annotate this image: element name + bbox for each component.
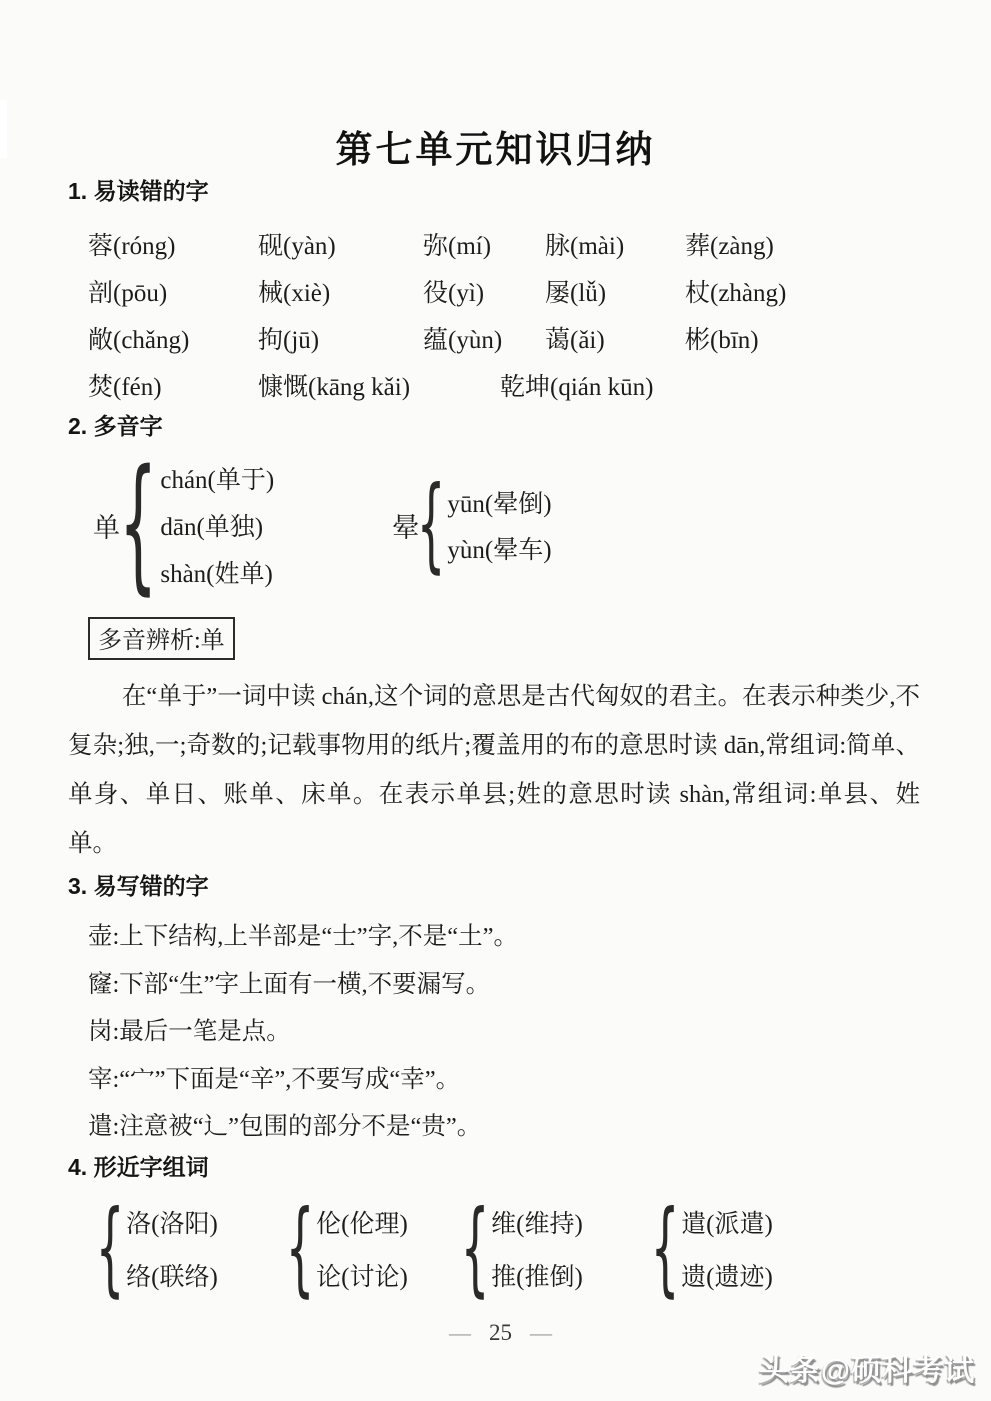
page-footer: —25— [68, 1320, 933, 1346]
page-title: 第七单元知识归纳 [0, 0, 991, 173]
polyphonic-group-dan: 单 { chán(单于) dān(单独) shàn(姓单) [93, 455, 274, 596]
pair-item: 络(联络) [126, 1249, 218, 1302]
char-item: 屡(lǚ) [545, 273, 685, 309]
document-page: 第七单元知识归纳 1. 易读错的字 蓉(róng) 砚(yàn) 弥(mí) 脉… [0, 0, 991, 1401]
left-brace-glyph: { [119, 452, 157, 598]
char-item: 弥(mí) [423, 226, 545, 262]
char-item: 蓉(róng) [88, 226, 258, 262]
polyphonic-entry: yūn(晕倒) [447, 479, 551, 525]
left-brace-glyph: { [286, 1197, 315, 1300]
polyphonic-entry: shàn(姓单) [160, 549, 274, 596]
section-2-heading: 2. 多音字 [68, 408, 933, 441]
polyphonic-entry: yùn(晕车) [447, 525, 551, 571]
scan-edge-artifact [0, 100, 7, 158]
pair-entries: 伦(伦理) 论(讨论) [316, 1196, 408, 1302]
section-miswritten-characters: 3. 易写错的字 壶:上下结构,上半部是“士”字,不是“土”。 窿:下部“生”字… [68, 868, 933, 1149]
pair-item: 维(维持) [491, 1196, 583, 1249]
char-item: 蕴(yùn) [423, 320, 545, 356]
char-item: 械(xiè) [258, 273, 423, 309]
note-line: 窿:下部“生”字上面有一横,不要漏写。 [88, 959, 933, 1007]
page-content: 1. 易读错的字 蓉(róng) 砚(yàn) 弥(mí) 脉(mài) 葬(z… [0, 173, 991, 1346]
section-similar-characters: 4. 形近字组词 { 洛(洛阳) 络(联络) { 伦(伦理) 论(讨论) [68, 1149, 933, 1304]
polyphonic-entry: dān(单独) [160, 502, 274, 549]
char-item: 蔼(ǎi) [545, 320, 685, 356]
section-polyphonic-characters: 2. 多音字 单 { chán(单于) dān(单独) shàn(姓单) 晕 {… [68, 408, 933, 868]
left-brace-glyph: { [651, 1197, 680, 1300]
char-row: 蓉(róng) 砚(yàn) 弥(mí) 脉(mài) 葬(zàng) [88, 220, 933, 267]
pair-item: 遣(派遣) [681, 1196, 773, 1249]
similar-char-group: { 伦(伦理) 论(讨论) [288, 1196, 463, 1302]
char-item: 慷慨(kāng kǎi) [258, 367, 500, 403]
char-row: 焚(fén) 慷慨(kāng kǎi) 乾坤(qián kūn) [88, 361, 933, 408]
similar-char-group: { 维(维持) 推(推倒) [463, 1196, 653, 1302]
char-row: 敞(chǎng) 拘(jū) 蕴(yùn) 蔼(ǎi) 彬(bīn) [88, 314, 933, 361]
char-item: 役(yì) [423, 273, 545, 309]
section-4-heading: 4. 形近字组词 [68, 1149, 933, 1182]
analysis-paragraph: 在“单于”一词中读 chán,这个词的意思是古代匈奴的君主。在表示种类少,不复杂… [68, 672, 920, 868]
watermark: 头条@硕科考试 [759, 1345, 975, 1389]
pair-item: 洛(洛阳) [126, 1196, 218, 1249]
analysis-label-box: 多音辨析:单 [88, 617, 235, 660]
footer-dash: — [449, 1320, 471, 1345]
page-number: 25 [489, 1320, 512, 1345]
misread-char-list: 蓉(róng) 砚(yàn) 弥(mí) 脉(mài) 葬(zàng) 剖(pō… [88, 220, 933, 408]
char-item: 敞(chǎng) [88, 320, 258, 356]
similar-char-group: { 洛(洛阳) 络(联络) [98, 1196, 288, 1302]
char-item: 脉(mài) [545, 226, 685, 262]
section-3-heading: 3. 易写错的字 [68, 868, 933, 901]
polyphonic-headchar: 晕 [392, 506, 419, 545]
note-line: 岗:最后一笔是点。 [88, 1006, 933, 1054]
pair-entries: 遣(派遣) 遗(遗迹) [681, 1196, 773, 1302]
pair-entries: 维(维持) 推(推倒) [491, 1196, 583, 1302]
footer-dash: — [530, 1320, 552, 1345]
similar-char-group: { 遣(派遣) 遗(遗迹) [653, 1196, 773, 1302]
pair-entries: 洛(洛阳) 络(联络) [126, 1196, 218, 1302]
polyphonic-entry: chán(单于) [160, 455, 274, 502]
polyphonic-entries: chán(单于) dān(单独) shàn(姓单) [160, 455, 274, 596]
char-item: 彬(bīn) [685, 320, 759, 356]
pair-item: 论(讨论) [316, 1249, 408, 1302]
char-item: 拘(jū) [258, 320, 423, 356]
char-item: 剖(pōu) [88, 273, 258, 309]
pair-item: 推(推倒) [491, 1249, 583, 1302]
char-row: 剖(pōu) 械(xiè) 役(yì) 屡(lǚ) 杖(zhàng) [88, 267, 933, 314]
polyphonic-group-yun: 晕 { yūn(晕倒) yùn(晕车) [392, 479, 551, 571]
polyphonic-headchar: 单 [93, 506, 120, 545]
char-item: 杖(zhàng) [685, 273, 786, 309]
char-item: 焚(fén) [88, 367, 258, 403]
similar-char-groups: { 洛(洛阳) 络(联络) { 伦(伦理) 论(讨论) { [98, 1194, 933, 1304]
left-brace-glyph: { [461, 1197, 490, 1300]
polyphonic-groups: 单 { chán(单于) dān(单独) shàn(姓单) 晕 { yūn(晕倒… [93, 449, 933, 601]
note-line: 宰:“宀”下面是“辛”,不要写成“幸”。 [88, 1054, 933, 1102]
char-item: 葬(zàng) [685, 226, 774, 262]
note-line: 遣:注意被“辶”包围的部分不是“贵”。 [88, 1101, 933, 1149]
pair-item: 遗(遗迹) [681, 1249, 773, 1302]
polyphonic-entries: yūn(晕倒) yùn(晕车) [447, 479, 551, 571]
pair-item: 伦(伦理) [316, 1196, 408, 1249]
left-brace-glyph: { [96, 1197, 125, 1300]
char-item: 砚(yàn) [258, 226, 423, 262]
note-line: 壶:上下结构,上半部是“士”字,不是“土”。 [88, 911, 933, 959]
miswritten-notes: 壶:上下结构,上半部是“士”字,不是“土”。 窿:下部“生”字上面有一横,不要漏… [88, 911, 933, 1149]
char-item: 乾坤(qián kūn) [500, 367, 653, 403]
section-misread-characters: 1. 易读错的字 蓉(róng) 砚(yàn) 弥(mí) 脉(mài) 葬(z… [68, 173, 933, 408]
section-1-heading: 1. 易读错的字 [68, 173, 933, 206]
left-brace-glyph: { [417, 474, 446, 577]
